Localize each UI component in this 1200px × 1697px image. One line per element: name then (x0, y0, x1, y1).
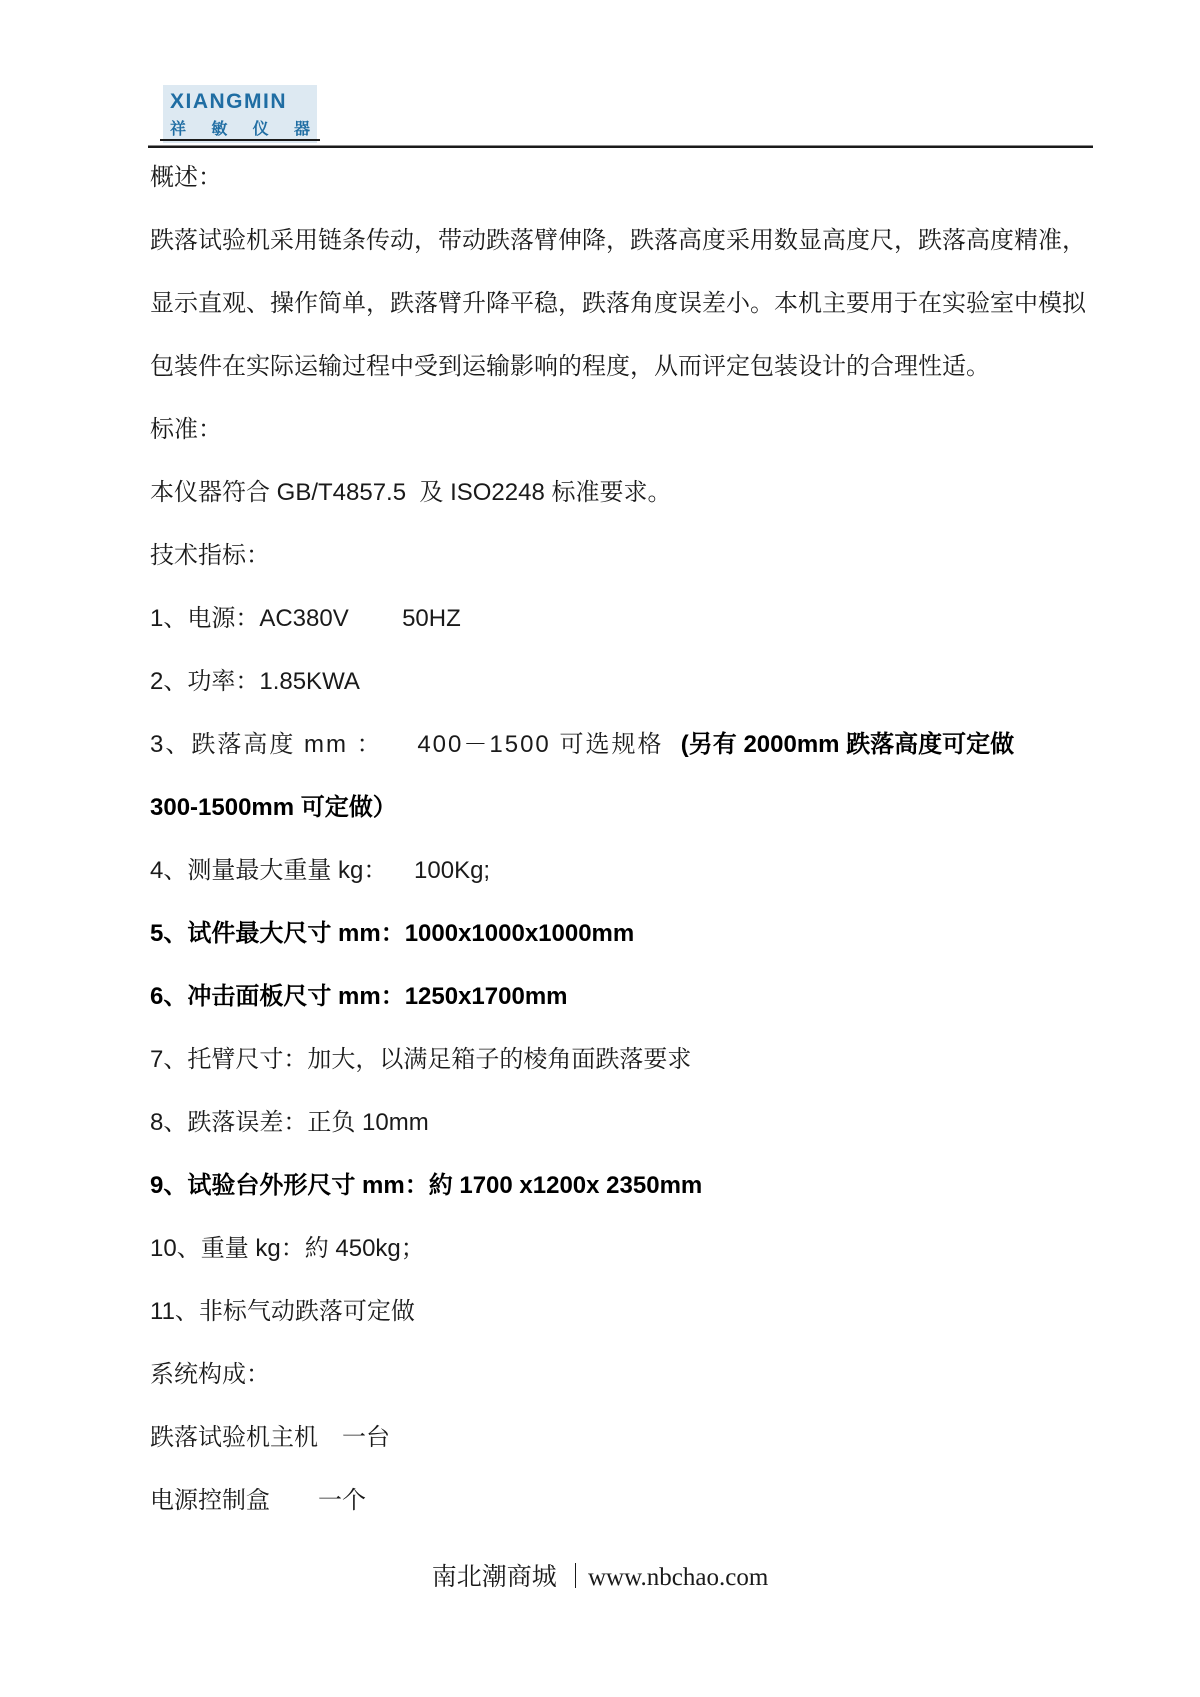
paragraph-line: 包装件在实际运输过程中受到运输影响的程度，从而评定包装设计的合理性适。 (150, 335, 1095, 398)
spec-item-3: 3、跌落高度 mm ： 400－1500 可选规格 (另有 2000mm 跌落高… (150, 713, 1095, 776)
paragraph-line: 显示直观、操作简单，跌落臂升降平稳，跌落角度误差小。本机主要用于在实验室中模拟 (150, 272, 1095, 335)
section-heading-specs: 技术指标： (150, 524, 1095, 587)
spec-item-8: 8、跌落误差：正负 10mm (150, 1091, 1095, 1154)
section-heading-system: 系统构成： (150, 1343, 1095, 1406)
logo-cn-char: 仪 (253, 116, 269, 139)
standard-line: 本仪器符合 GB/T4857.5 及 ISO2248 标准要求。 (150, 461, 1095, 524)
spec-item-6: 6、冲击面板尺寸 mm：1250x1700mm (150, 965, 1095, 1028)
system-component-host: 跌落试验机主机 一台 (150, 1406, 1095, 1469)
spec-item-10: 10、重量 kg：約 450kg； (150, 1217, 1095, 1280)
system-component-power-box: 电源控制盒 一个 (150, 1469, 1095, 1532)
spec-item-4: 4、测量最大重量 kg： 100Kg; (150, 839, 1095, 902)
logo-cn-char: 祥 (170, 116, 186, 139)
logo-underline (160, 139, 320, 141)
page-footer: 南北潮商城 ｜www.nbchao.com (0, 1558, 1200, 1598)
logo-chinese-text: 祥 敏 仪 器 (170, 116, 310, 139)
logo-cn-char: 器 (294, 116, 310, 139)
spec-item-3-normal: 3、跌落高度 mm ： 400－1500 可选规格 (150, 731, 681, 758)
spec-item-3-bold: (另有 2000mm 跌落高度可定做 (681, 731, 1014, 758)
document-body: 概述： 跌落试验机采用链条传动，带动跌落臂伸降，跌落高度采用数显高度尺，跌落高度… (150, 146, 1095, 1532)
spec-item-9: 9、试验台外形尺寸 mm：約 1700 x1200x 2350mm (150, 1154, 1095, 1217)
spec-item-11: 11、非标气动跌落可定做 (150, 1280, 1095, 1343)
spec-item-2: 2、功率：1.85KWA (150, 650, 1095, 713)
paragraph-line: 跌落试验机采用链条传动，带动跌落臂伸降，跌落高度采用数显高度尺，跌落高度精准， (150, 209, 1095, 272)
section-heading-overview: 概述： (150, 146, 1095, 209)
spec-item-3-continued: 300-1500mm 可定做） (150, 776, 1095, 839)
document-page: XIANGMIN 祥 敏 仪 器 概述： 跌落试验机采用链条传动，带动跌落臂伸降… (0, 0, 1200, 1697)
logo-latin-text: XIANGMIN (170, 90, 310, 114)
spec-item-5: 5、试件最大尺寸 mm：1000x1000x1000mm (150, 902, 1095, 965)
spec-item-7: 7、托臂尺寸：加大，以满足箱子的棱角面跌落要求 (150, 1028, 1095, 1091)
spec-item-1: 1、电源：AC380V 50HZ (150, 587, 1095, 650)
company-logo: XIANGMIN 祥 敏 仪 器 (163, 85, 317, 143)
section-heading-standard: 标准： (150, 398, 1095, 461)
logo-cn-char: 敏 (211, 116, 227, 139)
